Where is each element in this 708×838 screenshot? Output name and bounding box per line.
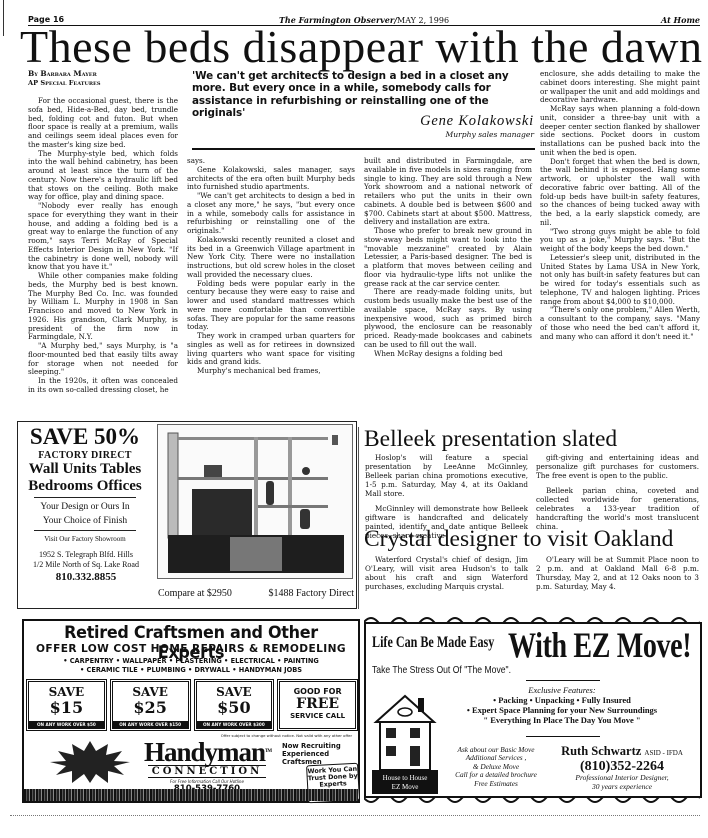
ad-save-headline: SAVE 50% <box>24 424 146 450</box>
recruit-line: Experienced <box>282 750 341 758</box>
recruiting-note: Now Recruiting Experienced Craftsmen <box>282 742 341 766</box>
logo-text: Handyman <box>144 737 265 767</box>
wall-unit-photo <box>157 424 353 579</box>
paragraph: Don't forget that when the bed is down, … <box>540 158 700 228</box>
coupon-label: GOOD FOR <box>280 687 355 696</box>
ad-copy: SAVE 50% FACTORY DIRECT Wall Units Table… <box>24 424 146 545</box>
feature-item: " Everything In Place The Day You Move " <box>462 715 662 725</box>
coupon-amount: $25 <box>113 699 188 716</box>
services-info: Ask about our Basic Move Additional Serv… <box>450 746 542 788</box>
crystal-column-2: O'Leary will be at Summit Place noon to … <box>536 555 699 597</box>
paragraph: "Nobody ever really has enough space for… <box>28 202 178 272</box>
service-line: Free Estimates <box>450 780 542 788</box>
story-column-3: built and distributed in Farmingdale, ar… <box>364 157 532 358</box>
divider <box>526 736 600 737</box>
crystal-headline: Crystal designer to visit Oakland <box>364 527 673 551</box>
coupon-save-15[interactable]: SAVE $15 ON ANY WORK OVER $50 <box>26 679 107 731</box>
wall-unit-illustration <box>158 425 353 579</box>
ad-line: Bedrooms Offices <box>24 478 146 495</box>
paragraph: Letessier's sleep unit, distributed in t… <box>540 254 700 307</box>
ez-move-ad: Life Can Be Made Easy With EZ Move! Take… <box>364 622 702 798</box>
paragraph: "We can't get architects to design a bed… <box>187 192 355 236</box>
contact-name: Ruth Schwartz <box>561 744 641 758</box>
byline-org: AP Special Features <box>28 79 178 88</box>
column-rule <box>358 427 359 609</box>
ad-line: Your Design or Ours In <box>24 500 146 514</box>
byline-author: By Barbara Mayer <box>28 70 178 79</box>
paragraph: Gene Kolakowski, sales manager, says arc… <box>187 166 355 192</box>
paragraph: "There's only one problem," Allen Werth,… <box>540 306 700 341</box>
coupon-row: SAVE $15 ON ANY WORK OVER $50 SAVE $25 O… <box>26 679 358 731</box>
ad-phone: 810.332.8855 <box>18 572 154 582</box>
ad-address: 1952 S. Telegraph Blfd. Hills 1/2 Mile N… <box>18 550 154 582</box>
paragraph: For the occasional guest, there is the s… <box>28 97 178 150</box>
contact-block: Ruth Schwartz ASID - IFDA (810)352-2264 … <box>544 744 700 791</box>
wave-border-bottom <box>364 798 702 806</box>
coupon-label: SAVE <box>113 685 188 699</box>
paragraph: Murphy's mechanical bed frames, <box>187 367 355 376</box>
belleek-column-2: gift-giving and entertaining ideas and p… <box>536 453 699 537</box>
coupon-save-50[interactable]: SAVE $50 ON ANY WORK OVER $300 <box>194 679 275 731</box>
coupon-label: SAVE <box>197 685 272 699</box>
coupon-fine-print: ON ANY WORK OVER $300 <box>197 721 272 728</box>
paragraph: enclosure, she adds detailing to make th… <box>540 70 700 105</box>
coupon-label: SAVE <box>29 685 104 699</box>
handyman-ad: Retired Craftsmen and Other Experts OFFE… <box>22 619 360 803</box>
paragraph: While other companies make folding beds,… <box>28 272 178 342</box>
paragraph: "Two strong guys might be able to fold y… <box>540 228 700 254</box>
page-bottom-edge <box>10 815 700 816</box>
ad-line: Wall Units Tables <box>24 461 146 478</box>
paragraph: Hoslop's will feature a special presenta… <box>365 453 528 498</box>
pull-quote-attribution: Gene Kolakowski <box>330 113 534 130</box>
recruit-line: Now Recruiting <box>282 742 341 750</box>
belleek-headline: Belleek presentation slated <box>364 427 617 451</box>
byline: By Barbara Mayer AP Special Features <box>28 70 178 87</box>
house-icon: House to House EZ Move <box>372 692 438 794</box>
paragraph: "A Murphy bed," says Murphy, is "a floor… <box>28 342 178 377</box>
paragraph: McRay says when planning a fold-down uni… <box>540 105 700 158</box>
ad-subtitle: OFFER LOW COST HOME REPAIRS & REMODELING <box>24 643 358 655</box>
trademark: TM <box>265 749 271 754</box>
contact-phone: (810)352-2264 <box>544 759 700 774</box>
main-headline: These beds disappear with the dawn <box>20 24 700 70</box>
pull-quote-rule <box>192 148 535 150</box>
address-line: 1/2 Mile North of Sq. Lake Road <box>18 560 154 570</box>
ad-factory-direct: FACTORY DIRECT <box>24 450 146 461</box>
paragraph: gift-giving and entertaining ideas and p… <box>536 453 699 480</box>
features-list: Exclusive Features: • Packing • Unpackin… <box>462 685 662 725</box>
coupon-service-call: SERVICE CALL <box>280 712 355 720</box>
coupon-save-25[interactable]: SAVE $25 ON ANY WORK OVER $150 <box>110 679 191 731</box>
paragraph: Belleek parian china, coveted and collec… <box>536 486 699 531</box>
coupon-fine-print: ON ANY WORK OVER $50 <box>29 721 104 728</box>
paragraph: They work in cramped urban quarters for … <box>187 332 355 367</box>
divider <box>34 497 136 498</box>
ad-line: Visit Our Factory Showroom <box>24 533 146 545</box>
ad-subline: Take The Stress Out Of "The Move". <box>372 664 511 676</box>
sale-price: $1488 Factory Direct <box>268 588 354 599</box>
ad-line: Your Choice of Finish <box>24 514 146 528</box>
coupon-amount: $15 <box>29 699 104 716</box>
coupon-free-service-call[interactable]: GOOD FOR FREE SERVICE CALL <box>277 679 358 731</box>
address-line: 1952 S. Telegraph Blfd. Hills <box>18 550 154 560</box>
house-logo: House to House EZ Move <box>372 692 438 794</box>
starburst-icon <box>50 741 130 783</box>
paragraph: When McRay designs a folding bed <box>364 350 532 359</box>
coupon-amount: FREE <box>280 696 355 712</box>
logo-subtext: CONNECTION <box>148 765 266 778</box>
feature-item: • Packing • Unpacking • Fully Insured <box>462 695 662 705</box>
grass-border <box>24 789 358 801</box>
house-label: House to House <box>383 774 428 782</box>
paragraph: Kolakowski recently reunited a closet an… <box>187 236 355 280</box>
features-title: Exclusive Features: <box>462 685 662 695</box>
ad-price-row: Compare at $2950 $1488 Factory Direct <box>158 588 354 599</box>
paragraph: Those who prefer to break new ground in … <box>364 227 532 288</box>
feature-item: • Expert Space Planning for your New Sur… <box>462 705 662 715</box>
story-column-4: enclosure, she adds detailing to make th… <box>540 70 700 341</box>
divider <box>526 680 600 681</box>
paragraph: Waterford Crystal's chief of design, Jim… <box>365 555 528 591</box>
crystal-column-1: Waterford Crystal's chief of design, Jim… <box>365 555 528 597</box>
wave-border-top <box>364 614 702 622</box>
contact-experience: 30 years experience <box>544 783 700 792</box>
coupon-fine-print: ON ANY WORK OVER $150 <box>113 721 188 728</box>
coupon-amount: $50 <box>197 699 272 716</box>
handyman-logo: HandymanTM CONNECTION For Free Informati… <box>144 739 270 794</box>
paragraph: The Murphy-style bed, which folds into t… <box>28 150 178 203</box>
services-line: • CARPENTRY • WALLPAPER • PLASTERING • E… <box>24 657 358 665</box>
paragraph: Folding beds were popular early in the c… <box>187 280 355 333</box>
contact-credentials: ASID - IFDA <box>644 749 683 757</box>
paragraph: O'Leary will be at Summit Place noon to … <box>536 555 699 591</box>
paragraph: built and distributed in Farmingdale, ar… <box>364 157 532 227</box>
ad-tagline: Life Can Be Made Easy <box>372 634 494 652</box>
furniture-ad: SAVE 50% FACTORY DIRECT Wall Units Table… <box>17 421 357 609</box>
ad-brand: With EZ Move! <box>508 624 691 666</box>
divider <box>34 530 136 531</box>
scan-edge-mark <box>3 0 4 36</box>
compare-price: Compare at $2950 <box>158 588 232 599</box>
house-label: EZ Move <box>392 783 419 791</box>
story-column-1: For the occasional guest, there is the s… <box>28 97 178 395</box>
pull-quote-title: Murphy sales manager <box>330 130 534 139</box>
paragraph: There are ready-made folding units, but … <box>364 288 532 349</box>
services-line: • CERAMIC TILE • PLUMBING • DRYWALL • HA… <box>24 666 358 674</box>
story-column-2: says. Gene Kolakowski, sales manager, sa… <box>187 157 355 376</box>
paragraph: In the 1920s, it often was concealed in … <box>28 377 178 395</box>
